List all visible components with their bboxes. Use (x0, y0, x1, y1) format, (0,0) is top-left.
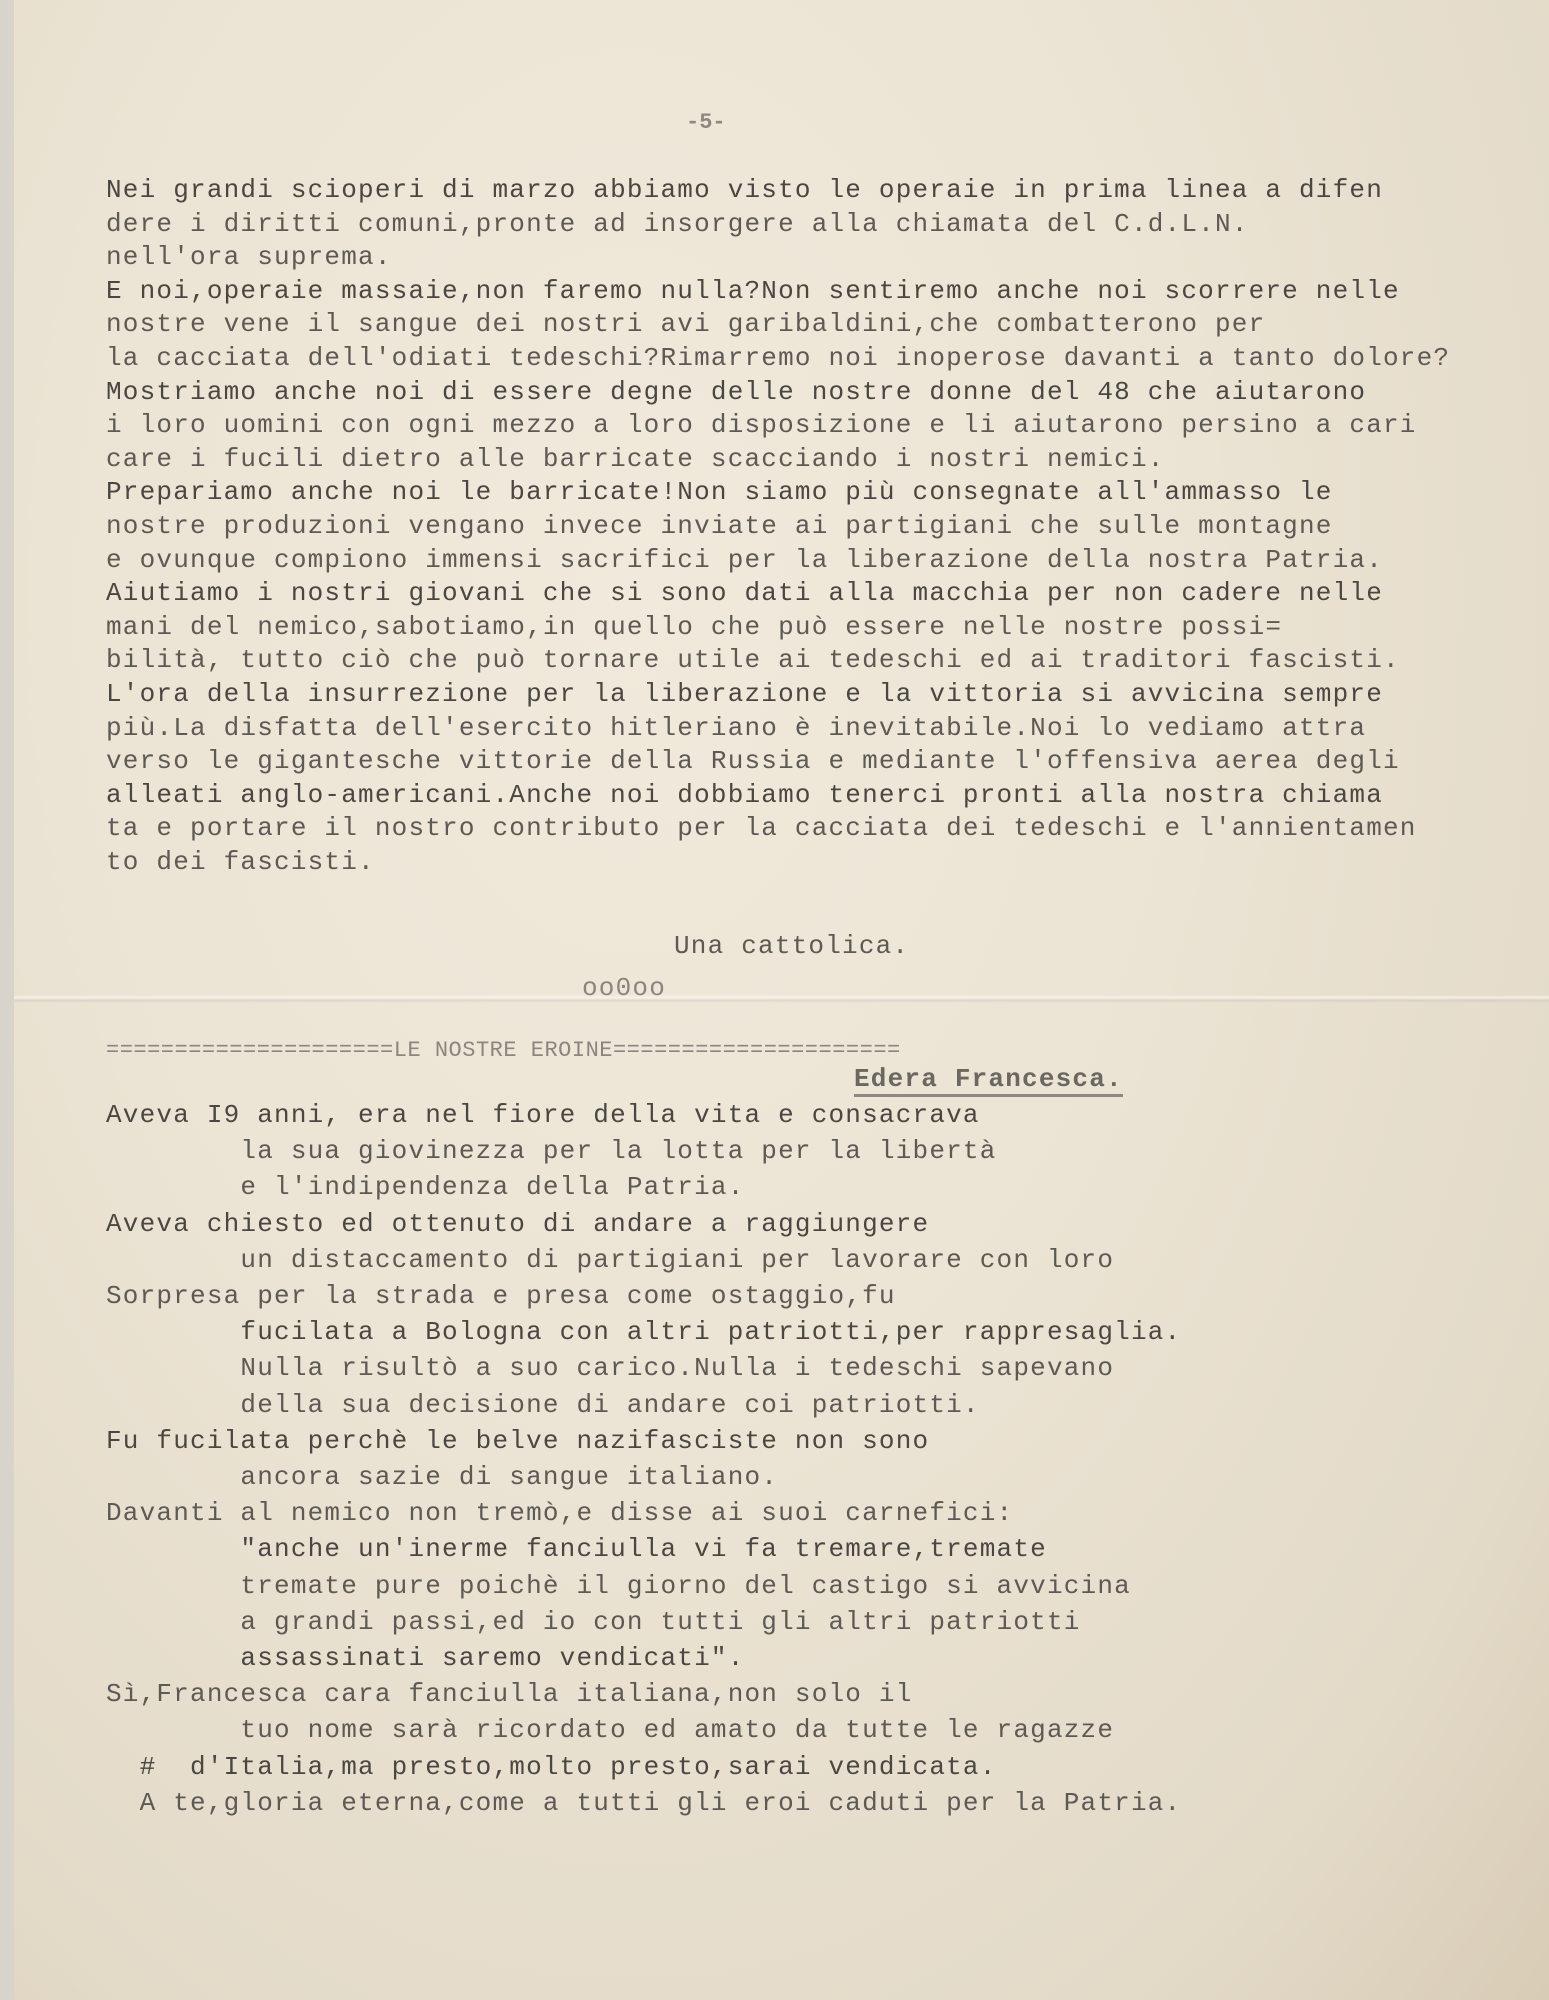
text-line: e l'indipendenza della Patria. (106, 1174, 745, 1200)
page-number: -5- (686, 110, 726, 135)
text-line: Nei grandi scioperi di marzo abbiamo vis… (106, 177, 1383, 203)
text-line: "anche un'inerme fanciulla vi fa tremare… (106, 1536, 1047, 1562)
text-line: a grandi passi,ed io con tutti gli altri… (106, 1609, 1081, 1635)
text-line: e ovunque compiono immensi sacrifici per… (106, 547, 1383, 573)
heroine-name: Edera Francesca. (854, 1066, 1123, 1097)
signature: Una cattolica. (674, 933, 909, 959)
text-line: Davanti al nemico non tremò,e disse ai s… (106, 1500, 1013, 1526)
text-line: la sua giovinezza per la lotta per la li… (106, 1138, 997, 1164)
text-line: della sua decisione di andare coi patrio… (106, 1392, 980, 1418)
text-line: assassinati saremo vendicati". (106, 1645, 745, 1671)
text-line: Aveva I9 anni, era nel fiore della vita … (106, 1102, 980, 1128)
text-line: più.La disfatta dell'esercito hitleriano… (106, 715, 1366, 741)
text-line: # d'Italia,ma presto,molto presto,sarai … (106, 1754, 997, 1780)
text-line: Nulla risultò a suo carico.Nulla i tedes… (106, 1355, 1114, 1381)
text-line: Aveva chiesto ed ottenuto di andare a ra… (106, 1211, 929, 1237)
text-line: care i fucili dietro alle barricate scac… (106, 446, 1165, 472)
text-line: E noi,operaie massaie,non faremo nulla?N… (106, 278, 1400, 304)
text-line: verso le gigantesche vittorie della Russ… (106, 748, 1400, 774)
text-line: alleati anglo-americani.Anche noi dobbia… (106, 782, 1383, 808)
scanned-document-page: -5- Nei grandi scioperi di marzo abbiamo… (14, 0, 1549, 2000)
text-line: Prepariamo anche noi le barricate!Non si… (106, 479, 1333, 505)
text-line: ancora sazie di sangue italiano. (106, 1464, 778, 1490)
separator: oo0oo (582, 975, 666, 1001)
text-line: Sì,Francesca cara fanciulla italiana,non… (106, 1681, 913, 1707)
text-line: la cacciata dell'odiati tedeschi?Rimarre… (106, 345, 1450, 371)
fold-crease (14, 995, 1549, 1003)
text-line: ta e portare il nostro contributo per la… (106, 815, 1417, 841)
text-line: bilità, tutto ciò che può tornare utile … (106, 647, 1400, 673)
text-line: Aiutiamo i nostri giovani che si sono da… (106, 580, 1383, 606)
text-line: un distaccamento di partigiani per lavor… (106, 1247, 1114, 1273)
text-line: fucilata a Bologna con altri patriotti,p… (106, 1319, 1181, 1345)
text-line: mani del nemico,sabotiamo,in quello che … (106, 614, 1282, 640)
text-line: i loro uomini con ogni mezzo a loro disp… (106, 412, 1417, 438)
text-line: L'ora della insurrezione per la liberazi… (106, 681, 1383, 707)
text-line: Sorpresa per la strada e presa come osta… (106, 1283, 896, 1309)
text-line: nostre vene il sangue dei nostri avi gar… (106, 311, 1265, 337)
text-line: tuo nome sarà ricordato ed amato da tutt… (106, 1717, 1114, 1743)
text-line: tremate pure poichè il giorno del castig… (106, 1573, 1131, 1599)
text-line: nell'ora suprema. (106, 244, 392, 270)
section-heading: =====================LE NOSTRE EROINE===… (106, 1040, 901, 1062)
text-line: A te,gloria eterna,come a tutti gli eroi… (106, 1790, 1181, 1816)
text-line: Fu fucilata perchè le belve nazifasciste… (106, 1428, 929, 1454)
text-line: dere i diritti comuni,pronte ad insorger… (106, 211, 1249, 237)
text-line: Mostriamo anche noi di essere degne dell… (106, 379, 1366, 405)
text-line: nostre produzioni vengano invece inviate… (106, 513, 1333, 539)
text-line: to dei fascisti. (106, 849, 375, 875)
